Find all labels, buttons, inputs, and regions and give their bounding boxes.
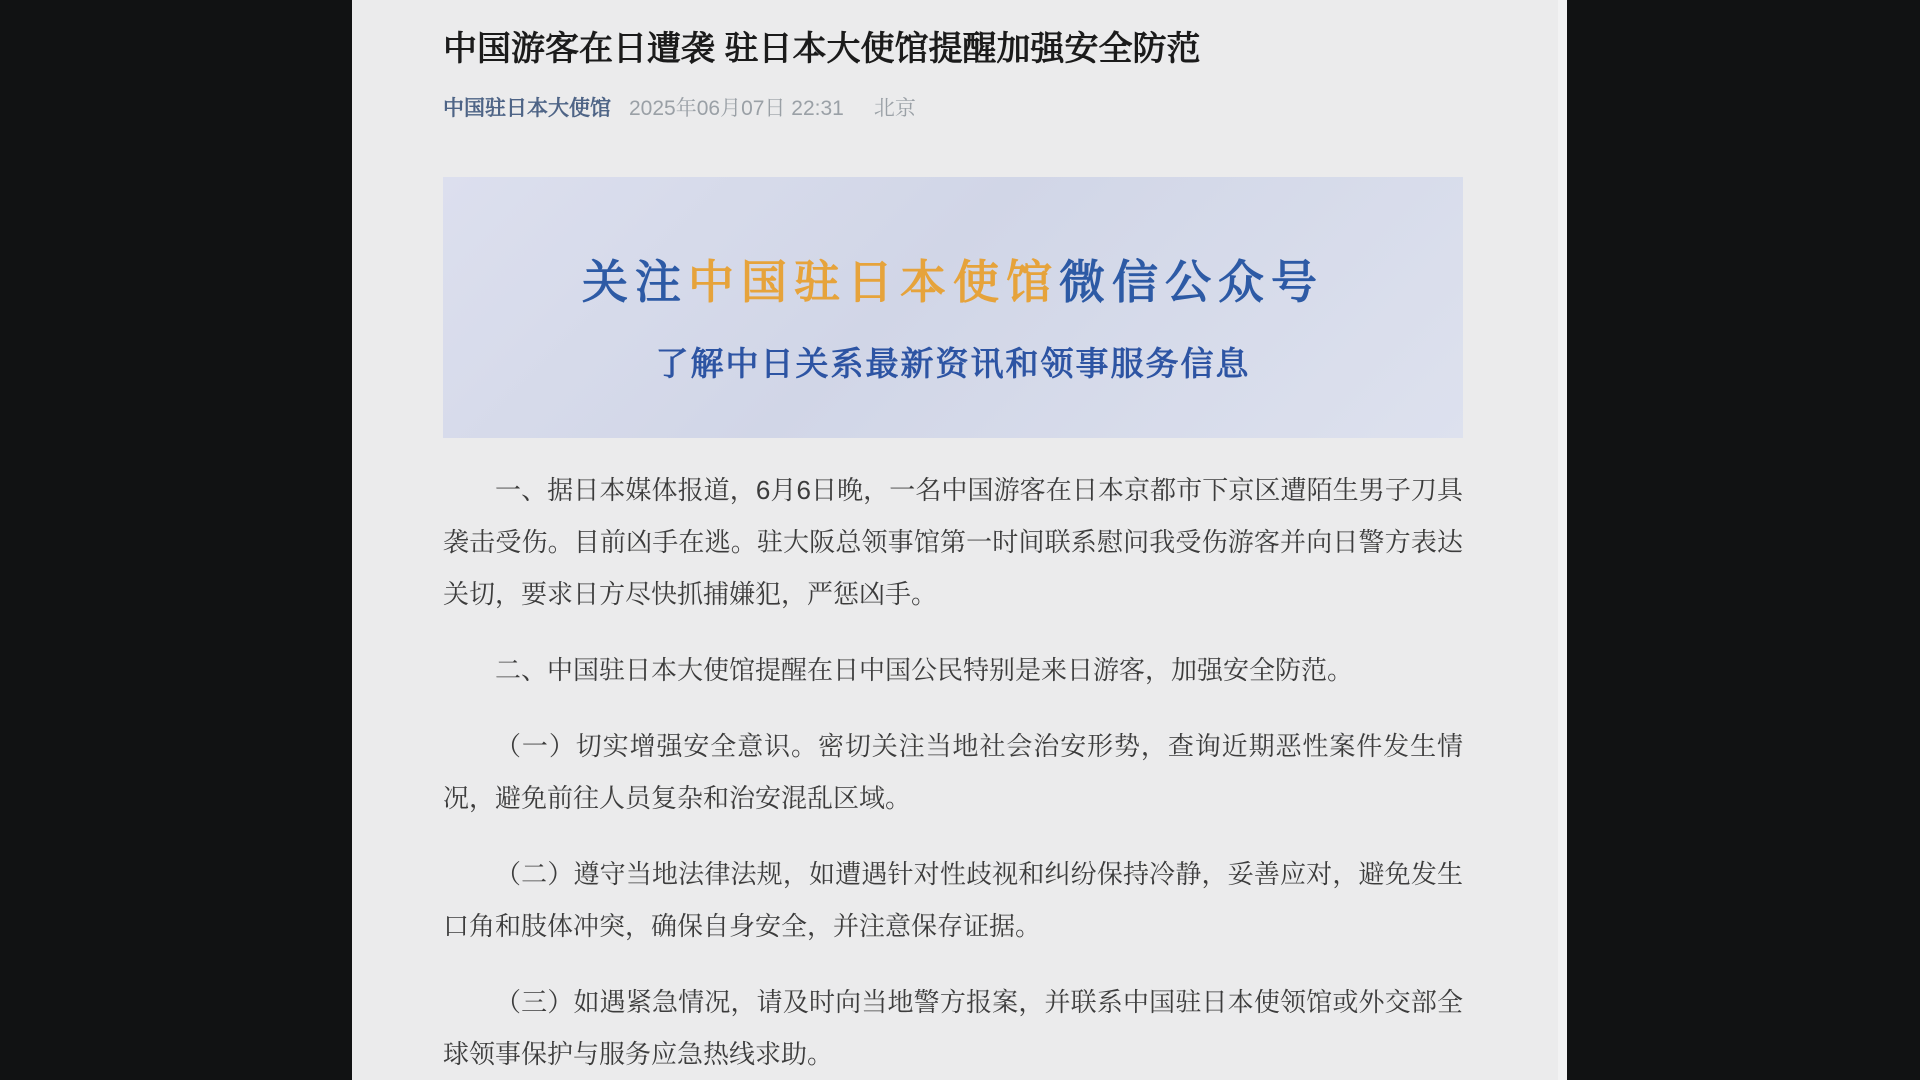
banner-title-part-3: 微信公众号 bbox=[1059, 256, 1324, 308]
article-body: 一、据日本媒体报道，6月6日晚，一名中国游客在日本京都市下京区遭陌生男子刀具袭击… bbox=[443, 464, 1463, 1080]
banner-title-part-1: 关注 bbox=[582, 256, 688, 308]
wechat-promo-banner[interactable]: 关注中国驻日本使馆微信公众号 了解中日关系最新资讯和领事服务信息 bbox=[443, 177, 1463, 438]
paragraph-4: （二）遵守当地法律法规，如遭遇针对性歧视和纠纷保持冷静，妥善应对，避免发生口角和… bbox=[443, 848, 1463, 952]
letterbox-left bbox=[0, 0, 352, 1080]
byline-author[interactable]: 中国驻日本大使馆 bbox=[443, 94, 611, 123]
banner-title-part-2: 中国驻日本使馆 bbox=[688, 256, 1059, 308]
letterbox-right bbox=[1567, 0, 1920, 1080]
paragraph-5: （三）如遇紧急情况，请及时向当地警方报案，并联系中国驻日本使领馆或外交部全球领事… bbox=[443, 976, 1463, 1080]
article-title: 中国游客在日遭袭 驻日本大使馆提醒加强安全防范 bbox=[443, 26, 1463, 72]
banner-title: 关注中国驻日本使馆微信公众号 bbox=[582, 246, 1324, 312]
scrollbar-track[interactable] bbox=[1558, 0, 1567, 1080]
paragraph-3: （一）切实增强安全意识。密切关注当地社会治安形势，查询近期恶性案件发生情况，避免… bbox=[443, 720, 1463, 824]
article-page: 中国游客在日遭袭 驻日本大使馆提醒加强安全防范 中国驻日本大使馆 2025年06… bbox=[352, 0, 1567, 1080]
banner-subtitle: 了解中日关系最新资讯和领事服务信息 bbox=[656, 338, 1251, 385]
video-frame: 中国游客在日遭袭 驻日本大使馆提醒加强安全防范 中国驻日本大使馆 2025年06… bbox=[0, 0, 1920, 1080]
paragraph-2: 二、中国驻日本大使馆提醒在日中国公民特别是来日游客，加强安全防范。 bbox=[443, 644, 1463, 696]
byline-location: 北京 bbox=[874, 94, 916, 123]
paragraph-1: 一、据日本媒体报道，6月6日晚，一名中国游客在日本京都市下京区遭陌生男子刀具袭击… bbox=[443, 464, 1463, 620]
byline: 中国驻日本大使馆 2025年06月07日 22:31 北京 bbox=[443, 94, 1463, 123]
byline-datetime: 2025年06月07日 22:31 bbox=[629, 94, 844, 123]
